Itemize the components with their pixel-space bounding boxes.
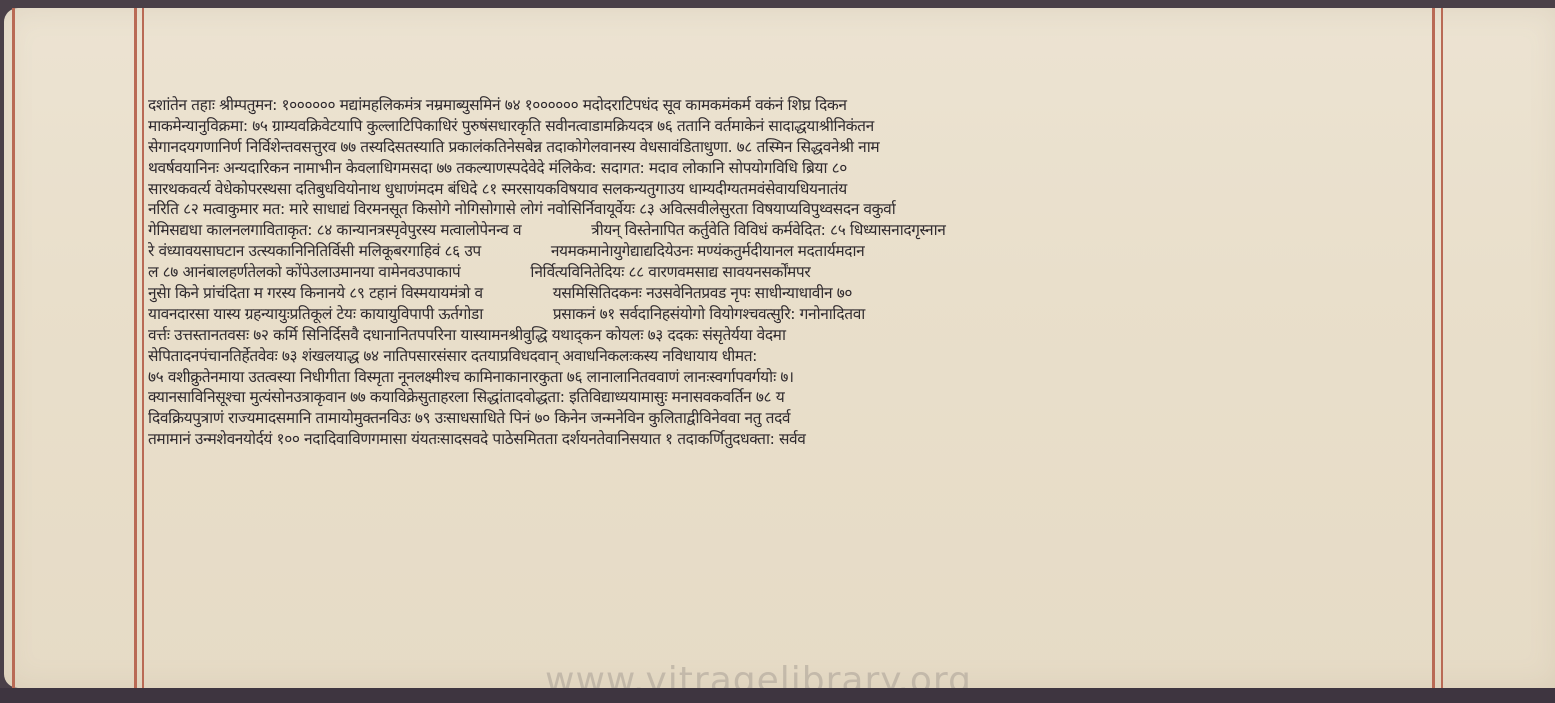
scan-background <box>0 688 1555 703</box>
text-line-right: त्रीयन् विस्तेनापित कर्तुवेति विविधं कर्… <box>591 221 945 239</box>
text-line-left: नुसेा किने प्रांचंदिता म गरस्य किनानये ८… <box>148 284 483 302</box>
text-line-left: क्यानसाविनिसूश्चा मुत्यंसोनउत्राकृवान ७७… <box>148 388 784 406</box>
text-line: रे वंध्यावयसाघटान उत्स्यकानिनितिर्विसी म… <box>148 241 1438 262</box>
manuscript-text: दशांतेन तहाः श्रीम्पतुमन: १०००००० मद्यां… <box>148 95 1438 450</box>
margin-rule-inner-right-2 <box>1441 8 1443 688</box>
text-line-left: सेपितादनपंचानतिर्हेतवेवः ७३ शंखलयाद्ध ७४… <box>148 347 757 365</box>
text-line: दशांतेन तहाः श्रीम्पतुमन: १०००००० मद्यां… <box>148 95 1438 116</box>
text-line: नरिति ८२ मत्वाकुमार मत: मारे साधाद्यं वि… <box>148 199 1438 220</box>
text-line: यावनदारसा यास्य ग्रहन्यायुःप्रतिकूलं टेय… <box>148 304 1438 325</box>
text-line-right: नयमकमानेायुगेद्याद्यदियेउनः मण्यंकतुर्मद… <box>551 242 865 260</box>
text-line-left: माकमेन्यानुविक्रमा: ७५ ग्राम्यवक्रिवेटया… <box>148 117 874 135</box>
text-line-left: नरिति ८२ मत्वाकुमार मत: मारे साधाद्यं वि… <box>148 200 895 218</box>
text-line: सारथकवर्त्य वेधेकोपरस्थसा दतिबुधवियोनाथ … <box>148 179 1438 200</box>
text-line-left: ७५ वशीक्रुतेनमाया उतत्वस्या निधीगीता विस… <box>148 368 794 386</box>
text-line-left: वर्त्तः उत्तस्तानतवसः ७२ कर्मि सिनिर्दिस… <box>148 326 786 344</box>
text-line: थवर्षवयानिनः अन्यदारिकन नामाभीन केवलाधिग… <box>148 158 1438 179</box>
text-line-left: गेमिसद्यधा कालनलगाविताकृत: ८४ कान्यानत्र… <box>148 221 521 239</box>
text-line-left: यावनदारसा यास्य ग्रहन्यायुःप्रतिकूलं टेय… <box>148 305 483 323</box>
text-line: दिवक्रियपुत्राणं राज्यमादसमानि तामायोमुक… <box>148 408 1438 429</box>
text-line: सेगानदयगणानिर्ण निर्विशेन्तवसत्तुरव ७७ त… <box>148 137 1438 158</box>
margin-rule-outer-left <box>12 8 15 688</box>
text-line-left: रे वंध्यावयसाघटान उत्स्यकानिनितिर्विसी म… <box>148 242 481 260</box>
text-line-right: यसमिसितिदकनः नउसवेनितप्रवड नृपः साधीन्या… <box>553 284 852 302</box>
text-line-left: दिवक्रियपुत्राणं राज्यमादसमानि तामायोमुक… <box>148 409 790 427</box>
text-line: नुसेा किने प्रांचंदिता म गरस्य किनानये ८… <box>148 283 1438 304</box>
text-line-left: दशांतेन तहाः श्रीम्पतुमन: १०००००० मद्यां… <box>148 96 847 114</box>
margin-rule-inner-left-2 <box>142 8 144 688</box>
text-line-left: तमामानं उन्मशेवनयोर्दयं १०० नदादिवाविणगम… <box>148 430 805 448</box>
text-line: तमामानं उन्मशेवनयोर्दयं १०० नदादिवाविणगम… <box>148 429 1438 450</box>
text-line: गेमिसद्यधा कालनलगाविताकृत: ८४ कान्यानत्र… <box>148 220 1438 241</box>
text-line: ल ८७ आनंबालहर्णतेलको कोंपेउलाउमानया वामे… <box>148 262 1438 283</box>
text-line-left: सारथकवर्त्य वेधेकोपरस्थसा दतिबुधवियोनाथ … <box>148 180 847 198</box>
text-line-right: प्रसाकनं ७१ सर्वदानिहसंयोगो वियोगश्चवत्स… <box>553 305 865 323</box>
text-line-left: थवर्षवयानिनः अन्यदारिकन नामाभीन केवलाधिग… <box>148 159 847 177</box>
text-line: माकमेन्यानुविक्रमा: ७५ ग्राम्यवक्रिवेटया… <box>148 116 1438 137</box>
text-line-left: ल ८७ आनंबालहर्णतेलको कोंपेउलाउमानया वामे… <box>148 263 460 281</box>
text-line: वर्त्तः उत्तस्तानतवसः ७२ कर्मि सिनिर्दिस… <box>148 325 1438 346</box>
margin-rule-inner-left-1 <box>134 8 137 688</box>
text-line: सेपितादनपंचानतिर्हेतवेवः ७३ शंखलयाद्ध ७४… <box>148 346 1438 367</box>
text-line: क्यानसाविनिसूश्चा मुत्यंसोनउत्राकृवान ७७… <box>148 387 1438 408</box>
text-line-left: सेगानदयगणानिर्ण निर्विशेन्तवसत्तुरव ७७ त… <box>148 138 879 156</box>
text-line-right: निर्वित्यविनितेदियः ८८ वारणवमसाद्य सावयन… <box>530 263 810 281</box>
text-line: ७५ वशीक्रुतेनमाया उतत्वस्या निधीगीता विस… <box>148 367 1438 388</box>
